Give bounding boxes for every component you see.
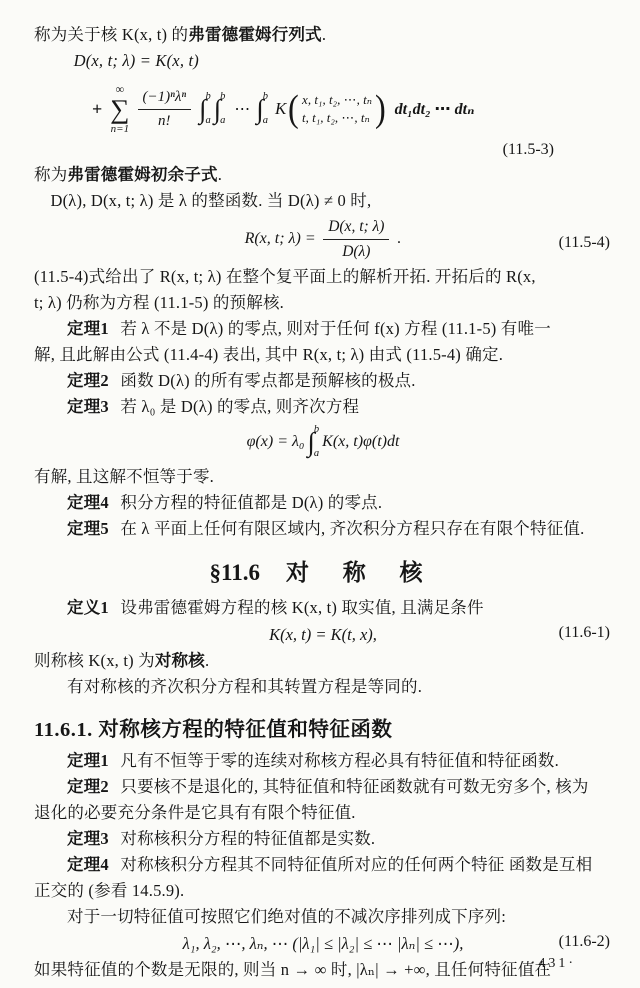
para-entire-function: D(λ), D(x, t; λ) 是 λ 的整函数. 当 D(λ) ≠ 0 时, xyxy=(34,188,612,214)
sym-theorem-3: 定理3对称核积分方程的特征值都是实数. xyxy=(34,826,612,852)
para-symmetric-kernel-post: . xyxy=(205,651,209,670)
differentials: dt₁dt₂ ⋯ dtₙ xyxy=(395,99,475,119)
theorem-3-label: 定理3 xyxy=(67,397,109,416)
fraction-numerator: D(x, t; λ) xyxy=(323,217,389,239)
kernel-symbol: K xyxy=(275,99,286,119)
integral-1: ∫ ba xyxy=(199,92,213,126)
subsection-heading-11-6-1: 11.6.1. 对称核方程的特征值和特征函数 xyxy=(34,712,612,742)
theorem-4-label: 定理4 xyxy=(67,493,109,512)
equation-period: . xyxy=(397,230,401,248)
kernel-arguments: x, t₁, t₂, ⋯, tₙ t, t₁, t₂, ⋯, tₙ xyxy=(300,91,374,127)
para-first-minor-pre: 称为 xyxy=(34,165,67,184)
equation-number-11-5-4: (11.5-4) xyxy=(559,234,610,252)
para-transpose-equivalent: 有对称核的齐次积分方程和其转置方程是等同的. xyxy=(34,674,612,700)
kernel-args-bottom: t, t₁, t₂, ⋯, tₙ xyxy=(302,109,372,127)
para-symmetric-kernel-pre: 则称核 K(x, t) 为 xyxy=(34,651,155,670)
definition-1-label: 定义1 xyxy=(67,598,109,617)
theorem-1-text: 若 λ 不是 D(λ) 的零点, 则对于任何 f(x) 方程 (11.1-5) … xyxy=(120,319,551,338)
theorem-2-label: 定理2 xyxy=(67,371,109,390)
para-analytic-continuation-1: (11.5-4)式给出了 R(x, t; λ) 在整个复平面上的解析开拓. 开拓… xyxy=(34,264,612,290)
equation-11-5-3: + ∞ ∑ n=1 (−1)ⁿλⁿ n! ∫ ba ∫ ba ⋯ ∫ ba K … xyxy=(92,80,612,138)
para-analytic-continuation-2: t; λ) 仍称为方程 (11.1-5) 的预解核. xyxy=(34,290,612,316)
theorem-1-label: 定理1 xyxy=(67,319,109,338)
integral-upper-limit: b xyxy=(220,92,225,103)
resolvent-fraction: D(x, t; λ) D(λ) xyxy=(323,217,389,261)
theorem-1: 定理1若 λ 不是 D(λ) 的零点, 则对于任何 f(x) 方程 (11.1-… xyxy=(34,316,612,342)
sym-theorem-3-text: 对称核积分方程的特征值都是实数. xyxy=(120,829,375,848)
equation-number-11-5-3: (11.5-3) xyxy=(34,138,612,162)
para-has-solution: 有解, 且这解不恒等于零. xyxy=(34,464,612,490)
section-heading-11-6: §11.6对 称 核 xyxy=(34,554,612,587)
phi-lhs: φ(x) = λ₀ xyxy=(247,433,305,451)
integral-lower-limit: a xyxy=(314,449,319,460)
theorem-5-label: 定理5 xyxy=(67,519,109,538)
integral-upper-limit: b xyxy=(314,425,319,436)
theorem-2-text: 函数 D(λ) 的所有零点都是预解核的极点. xyxy=(120,371,415,390)
section-number: §11.6 xyxy=(210,560,260,585)
sym-theorem-4: 定理4对称核积分方程其不同特征值所对应的任何两个特征 函数是互相 xyxy=(34,852,612,878)
close-paren: ) xyxy=(375,90,386,128)
theorem-5-text: 在 λ 平面上任何有限区域内, 齐次积分方程只存在有限个特征值. xyxy=(120,519,584,538)
sym-theorem-1: 定理1凡有不恒等于零的连续对称核方程必具有特征值和特征函数. xyxy=(34,748,612,774)
equation-11-6-1: K(x, t) = K(t, x),(11.6-1) xyxy=(34,621,612,648)
sym-theorem-2-text: 只要核不是退化的, 其特征值和特征函数就有可数无穷多个, 核为 xyxy=(120,777,588,796)
para-infinite-eigenvalues: 如果特征值的个数是无限的, 则当 n → ∞ 时, |λₙ| → +∞, 且任何… xyxy=(34,957,612,983)
fraction-numerator: (−1)ⁿλⁿ xyxy=(138,88,192,110)
kernel-args-top: x, t₁, t₂, ⋯, tₙ xyxy=(302,91,372,109)
open-paren: ( xyxy=(288,90,299,128)
para-symmetric-kernel: 则称核 K(x, t) 为对称核. xyxy=(34,648,612,674)
coefficient-fraction: (−1)ⁿλⁿ n! xyxy=(138,88,192,131)
theorem-1-continued: 解, 且此解由公式 (11.4-4) 表出, 其中 R(x, t; λ) 由式 … xyxy=(34,342,612,368)
para-ordering: 对于一切特征值可按照它们绝对值的不减次序排列成下序列: xyxy=(34,904,612,930)
sym-theorem-4-text: 对称核积分方程其不同特征值所对应的任何两个特征 函数是互相 xyxy=(120,855,592,874)
equation-homogeneous: φ(x) = λ₀ ∫ ba K(x, t)φ(t)dt xyxy=(34,420,612,464)
ellipsis: ⋯ xyxy=(234,99,250,119)
section-title: 对 称 核 xyxy=(286,560,437,585)
plus-sign: + xyxy=(92,99,102,120)
integral-lower-limit: a xyxy=(220,116,225,127)
integral-lower-limit: a xyxy=(205,116,210,127)
eigenvalue-sequence: λ₁, λ₂, ⋯, λₙ, ⋯ (|λ₁| ≤ |λ₂| ≤ ⋯ |λₙ| ≤… xyxy=(183,934,464,953)
term-symmetric-kernel: 对称核 xyxy=(155,651,205,670)
sum-lower-limit: n=1 xyxy=(111,124,129,135)
equation-11-5-4: R(x, t; λ) = D(x, t; λ) D(λ) . (11.5-4) xyxy=(34,214,612,264)
resolvent-lhs: R(x, t; λ) = xyxy=(245,230,316,248)
equation-number-11-6-1: (11.6-1) xyxy=(559,619,610,646)
sym-theorem-4-continued: 正交的 (参看 14.5.9). xyxy=(34,878,612,904)
term-fredholm-determinant: 弗雷德霍姆行列式 xyxy=(188,25,322,44)
sym-theorem-2: 定理2只要核不是退化的, 其特征值和特征函数就有可数无穷多个, 核为 xyxy=(34,774,612,800)
para-first-minor-post: . xyxy=(218,165,222,184)
sigma-icon: ∑ xyxy=(110,96,129,123)
theorem-3: 定理3若 λ₀ 是 D(λ) 的零点, 则齐次方程 xyxy=(34,394,612,420)
symmetry-condition: K(x, t) = K(t, x), xyxy=(269,625,377,644)
sym-theorem-4-label: 定理4 xyxy=(67,855,109,874)
theorem-2: 定理2函数 D(λ) 的所有零点都是预解核的极点. xyxy=(34,368,612,394)
phi-rhs: K(x, t)φ(t)dt xyxy=(322,433,399,451)
scanned-book-page: 称为关于核 K(x, t) 的弗雷德霍姆行列式. D(x, t; λ) = K(… xyxy=(0,0,640,988)
theorem-5: 定理5在 λ 平面上任何有限区域内, 齐次积分方程只存在有限个特征值. xyxy=(34,516,612,542)
integral-upper-limit: b xyxy=(263,92,268,103)
sym-theorem-2-continued: 退化的必要充分条件是它具有有限个特征值. xyxy=(34,800,612,826)
theorem-4-text: 积分方程的特征值都是 D(λ) 的零点. xyxy=(120,493,382,512)
page-number: ·431· xyxy=(531,956,576,972)
definition-1: 定义1设弗雷德霍姆方程的核 K(x, t) 取实值, 且满足条件 xyxy=(34,595,612,621)
para-first-minor: 称为弗雷德霍姆初余子式. xyxy=(34,162,612,188)
para-fredholm-determinant-pre: 称为关于核 K(x, t) 的 xyxy=(34,25,188,44)
integral-2: ∫ ba xyxy=(214,92,228,126)
equation-11-6-2: λ₁, λ₂, ⋯, λₙ, ⋯ (|λ₁| ≤ |λ₂| ≤ ⋯ |λₙ| ≤… xyxy=(34,930,612,957)
para-fredholm-determinant: 称为关于核 K(x, t) 的弗雷德霍姆行列式. xyxy=(34,22,612,48)
fraction-denominator: n! xyxy=(158,110,171,131)
sym-theorem-1-text: 凡有不恒等于零的连续对称核方程必具有特征值和特征函数. xyxy=(120,751,559,770)
sym-theorem-1-label: 定理1 xyxy=(67,751,109,770)
theorem-3-text: 若 λ₀ 是 D(λ) 的零点, 则齐次方程 xyxy=(120,397,359,416)
integral-n: ∫ ba xyxy=(256,92,270,126)
para-fredholm-determinant-post: . xyxy=(322,25,326,44)
sym-theorem-2-label: 定理2 xyxy=(67,777,109,796)
summation-symbol: ∞ ∑ n=1 xyxy=(110,83,129,135)
integral-upper-limit: b xyxy=(205,92,210,103)
equation-D-definition: D(x, t; λ) = K(x, t) xyxy=(74,48,612,74)
definition-1-text: 设弗雷德霍姆方程的核 K(x, t) 取实值, 且满足条件 xyxy=(120,598,483,617)
theorem-4: 定理4积分方程的特征值都是 D(λ) 的零点. xyxy=(34,490,612,516)
equation-number-11-6-2: (11.6-2) xyxy=(559,928,610,955)
integral-lower-limit: a xyxy=(263,116,268,127)
integral: ∫ ba xyxy=(307,425,321,459)
fraction-denominator: D(λ) xyxy=(342,240,370,261)
term-first-minor: 弗雷德霍姆初余子式 xyxy=(67,165,217,184)
sym-theorem-3-label: 定理3 xyxy=(67,829,109,848)
